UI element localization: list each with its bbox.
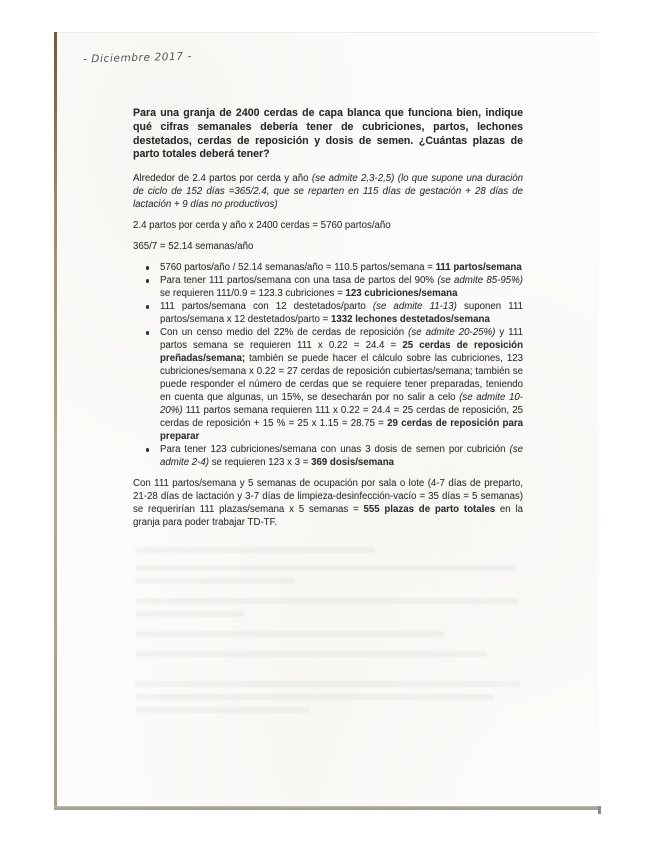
text-segment: (se admite 85-95%) [437,275,523,286]
text-segment: 111 partos/semana [436,262,522,273]
bleed-through-line [135,578,295,584]
text-segment: (se admite 11-13) [373,301,457,312]
calc-line-partos-ano: 2.4 partos por cerda y año x 2400 cerdas… [133,219,523,232]
text-segment: 555 plazas de parto totales [363,504,495,515]
bullet-item: Para tener 123 cubriciones/semana con un… [133,443,523,469]
bleed-through-line [135,651,487,657]
scan-background: - Diciembre 2017 - Para una granja de 24… [0,0,655,848]
intro-paragraph: Alrededor de 2.4 partos por cerda y año … [133,172,523,211]
document-body: Para una granja de 2400 cerdas de capa b… [133,107,523,537]
bleed-through-line [135,707,310,713]
page-corner-mark [598,806,601,814]
page-left-edge [54,32,57,809]
text-segment: 369 dosis/semana [311,457,394,468]
bullet-item: Con un censo medio del 22% de cerdas de … [133,326,523,443]
text-segment: se requieren 111/0.9 = 123.3 cubriciones… [160,288,345,299]
bleed-through-line [135,681,521,687]
text-segment: Alrededor de 2.4 partos por cerda y año [133,173,312,184]
text-segment: se requieren 123 x 3 = [209,457,311,468]
bleed-through-line [135,565,517,571]
text-segment: 5760 partos/año / 52.14 semanas/año = 11… [160,262,436,273]
text-segment: Para tener 123 cubriciones/semana con un… [160,444,510,455]
text-segment: Con un censo medio del 22% de cerdas de … [160,327,408,338]
text-segment: 111 partos/semana con 12 destetados/part… [160,301,373,312]
scanned-page: - Diciembre 2017 - Para una granja de 24… [57,32,599,806]
text-segment: (se admite 2,3-2,5) [312,173,395,184]
bleed-through-line [135,694,495,700]
bullet-list: 5760 partos/año / 52.14 semanas/año = 11… [133,261,523,469]
text-segment: Para tener 111 partos/semana con una tas… [160,275,437,286]
calc-line-semanas-ano: 365/7 = 52.14 semanas/año [133,240,523,253]
text-segment: (se admite 20-25%) [408,327,495,338]
bullet-item: 5760 partos/año / 52.14 semanas/año = 11… [133,261,523,274]
page-bottom-edge [54,806,600,810]
bleed-through-line [135,631,445,637]
bullet-item: Para tener 111 partos/semana con una tas… [133,274,523,300]
closing-paragraph: Con 111 partos/semana y 5 semanas de ocu… [133,477,523,529]
bleed-through-line [135,598,519,604]
text-segment: 123 cubriciones/semana [345,288,457,299]
handwritten-date-note: - Diciembre 2017 - [83,50,192,65]
question-title: Para una granja de 2400 cerdas de capa b… [133,107,523,162]
bullet-item: 111 partos/semana con 12 destetados/part… [133,300,523,326]
bleed-through-line [135,547,375,553]
bleed-through-line [135,611,245,617]
text-segment: 1332 lechones destetados/semana [331,314,490,325]
